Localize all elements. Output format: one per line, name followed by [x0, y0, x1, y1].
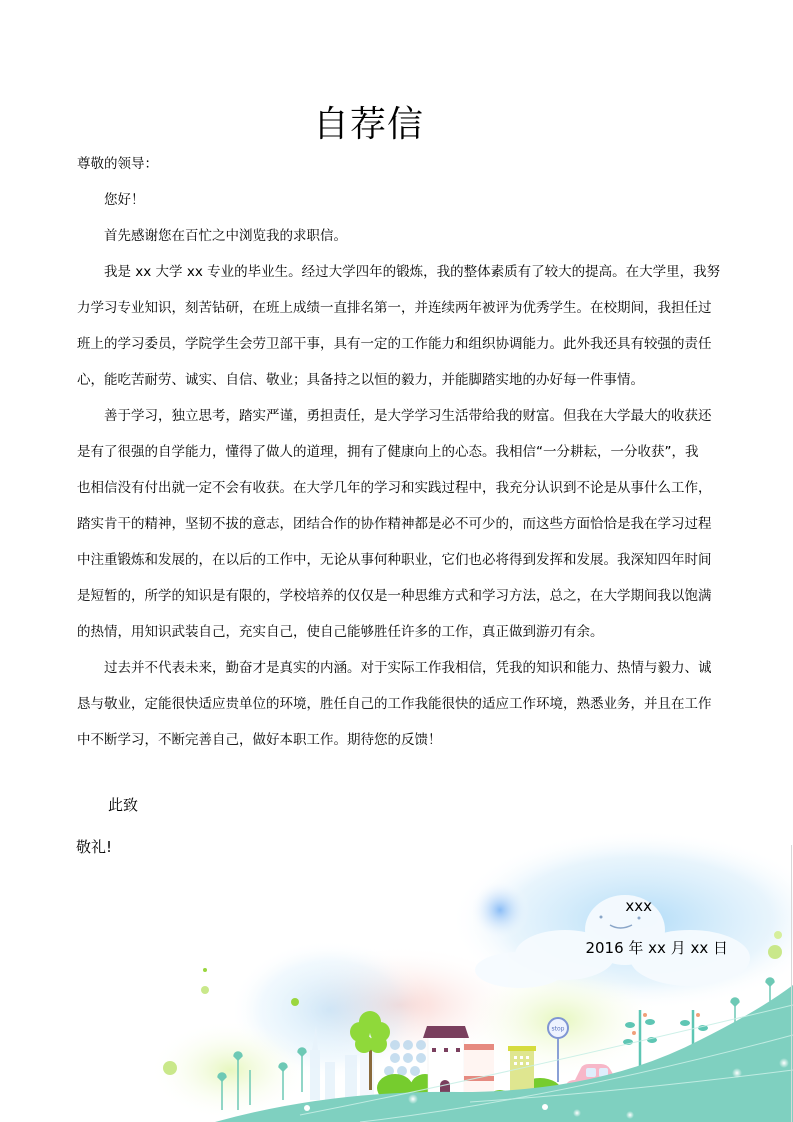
paragraph-line: 踏实肯干的精神，坚韧不拔的意志，团结合作的协作精神都是必不可少的，而这些方面恰恰…: [77, 506, 733, 542]
paragraph-line: 力学习专业知识，刻苦钻研，在班上成绩一直排名第一，并连续两年被评为优秀学生。在校…: [77, 290, 733, 326]
signature-name: xxx: [625, 897, 652, 915]
paragraph-line: 是有了很强的自学能力，懂得了做人的道理，拥有了健康向上的心态。我相信“一分耕耘，…: [77, 434, 733, 470]
paragraph-line: 我是 xx 大学 xx 专业的毕业生。经过大学四年的锻炼，我的整体素质有了较大的…: [77, 254, 733, 290]
paragraph-line: 善于学习，独立思考，踏实严谨，勇担责任，是大学学习生活带给我的财富。但我在大学最…: [77, 398, 733, 434]
stop-sign-text: stop: [552, 1026, 565, 1033]
paragraph-line: 中注重锻炼和发展的，在以后的工作中，无论从事何种职业，它们也必将得到发挥和发展。…: [77, 542, 733, 578]
paragraph-2: 善于学习，独立思考，踏实严谨，勇担责任，是大学学习生活带给我的财富。但我在大学最…: [77, 398, 733, 650]
paragraph-line: 恳与敬业，定能很快适应贵单位的环境，胜任自己的工作我能很快的适应工作环境，熟悉业…: [77, 686, 733, 722]
greeting: 您好！: [77, 182, 733, 218]
landscape-illustration: stop: [0, 830, 793, 1122]
paragraph-line: 也相信没有付出就一定不会有收获。在大学几年的学习和实践过程中，我充分认识到不论是…: [77, 470, 733, 506]
paragraph-line: 的热情，用知识武装自己，充实自己，使自己能够胜任许多的工作，真正做到游刃有余。: [77, 614, 733, 650]
paragraph-line: 心，能吃苦耐劳、诚实、自信、敬业；具备持之以恒的毅力，并能脚踏实地的办好每一件事…: [77, 362, 733, 398]
page-title: 自荐信: [0, 96, 737, 147]
intro-sentence: 首先感谢您在百忙之中浏览我的求职信。: [77, 218, 733, 254]
signature-date: 2016 年 xx 月 xx 日: [585, 937, 728, 958]
salutation: 尊敬的领导：: [77, 146, 733, 182]
closing-cizhi: 此致: [108, 794, 138, 815]
paragraph-line: 过去并不代表未来，勤奋才是真实的内涵。对于实际工作我相信，凭我的知识和能力、热情…: [77, 650, 733, 686]
document-page: stop: [0, 0, 793, 1122]
paragraph-3: 过去并不代表未来，勤奋才是真实的内涵。对于实际工作我相信，凭我的知识和能力、热情…: [77, 650, 733, 758]
paragraph-line: 中不断学习，不断完善自己，做好本职工作。期待您的反馈！: [77, 722, 733, 758]
paragraph-1: 我是 xx 大学 xx 专业的毕业生。经过大学四年的锻炼，我的整体素质有了较大的…: [77, 254, 733, 398]
paragraph-line: 班上的学习委员，学院学生会劳卫部干事，具有一定的工作能力和组织协调能力。此外我还…: [77, 326, 733, 362]
closing-jingli: 敬礼!: [76, 836, 112, 857]
page-edge-divider: [791, 845, 792, 1122]
paragraph-line: 是短暂的，所学的知识是有限的，学校培养的仅仅是一种思维方式和学习方法，总之，在大…: [77, 578, 733, 614]
